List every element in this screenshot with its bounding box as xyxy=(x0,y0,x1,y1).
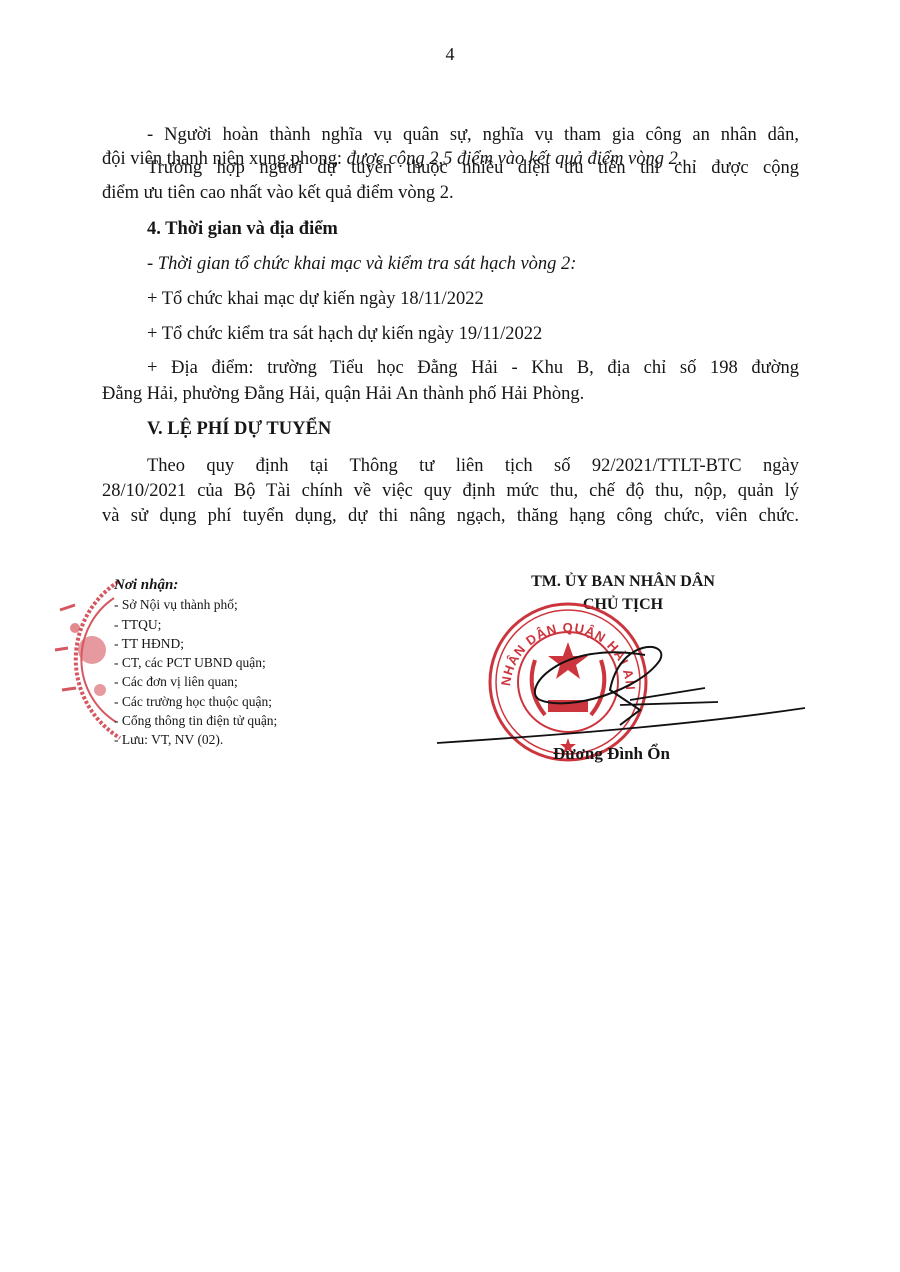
recipient-item: - TTQU; xyxy=(114,615,277,634)
signature-org: TM. ỦY BAN NHÂN DÂN CHỦ TỊCH xyxy=(498,570,748,616)
recipient-item: - Cổng thông tin điện tử quận; xyxy=(114,711,277,730)
opening-date: + Tổ chức khai mạc dự kiến ngày 18/11/20… xyxy=(147,288,484,310)
signer-name: Đương Đình Ổn xyxy=(553,744,670,764)
recipient-item: - Lưu: VT, NV (02). xyxy=(114,730,277,749)
body-line: - Người hoàn thành nghĩa vụ quân sự, ngh… xyxy=(147,124,799,146)
section-heading: 4. Thời gian và địa điểm xyxy=(147,218,338,240)
location-line: + Địa điểm: trường Tiểu học Đằng Hải - K… xyxy=(147,357,799,379)
recipient-item: - CT, các PCT UBND quận; xyxy=(114,653,277,672)
signature-position: CHỦ TỊCH xyxy=(498,593,748,616)
location-line: Đằng Hải, phường Đằng Hải, quận Hải An t… xyxy=(102,383,584,405)
recipient-item: - Sở Nội vụ thành phố; xyxy=(114,595,277,614)
section-subheading: - Thời gian tổ chức khai mạc và kiểm tra… xyxy=(147,253,576,275)
exam-date: + Tổ chức kiểm tra sát hạch dự kiến ngày… xyxy=(147,323,542,345)
section-heading: V. LỆ PHÍ DỰ TUYỂN xyxy=(147,418,331,440)
fee-line: 28/10/2021 của Bộ Tài chính về việc quy … xyxy=(102,480,799,502)
fee-line: và sử dụng phí tuyển dụng, dự thi nâng n… xyxy=(102,505,799,527)
body-line: điểm ưu tiên cao nhất vào kết quả điểm v… xyxy=(102,182,454,204)
body-line: Trường hợp người dự tuyển thuộc nhiều di… xyxy=(147,157,799,179)
recipient-item: - Các đơn vị liên quan; xyxy=(114,672,277,691)
fee-line: Theo quy định tại Thông tư liên tịch số … xyxy=(147,455,799,477)
recipients-block: Nơi nhận: - Sở Nội vụ thành phố; - TTQU;… xyxy=(114,576,277,750)
recipient-item: - Các trường học thuộc quận; xyxy=(114,692,277,711)
recipient-item: - TT HĐND; xyxy=(114,634,277,653)
page-number: 4 xyxy=(0,44,900,65)
signature-org-name: TM. ỦY BAN NHÂN DÂN xyxy=(498,570,748,593)
recipients-title: Nơi nhận: xyxy=(114,576,277,595)
